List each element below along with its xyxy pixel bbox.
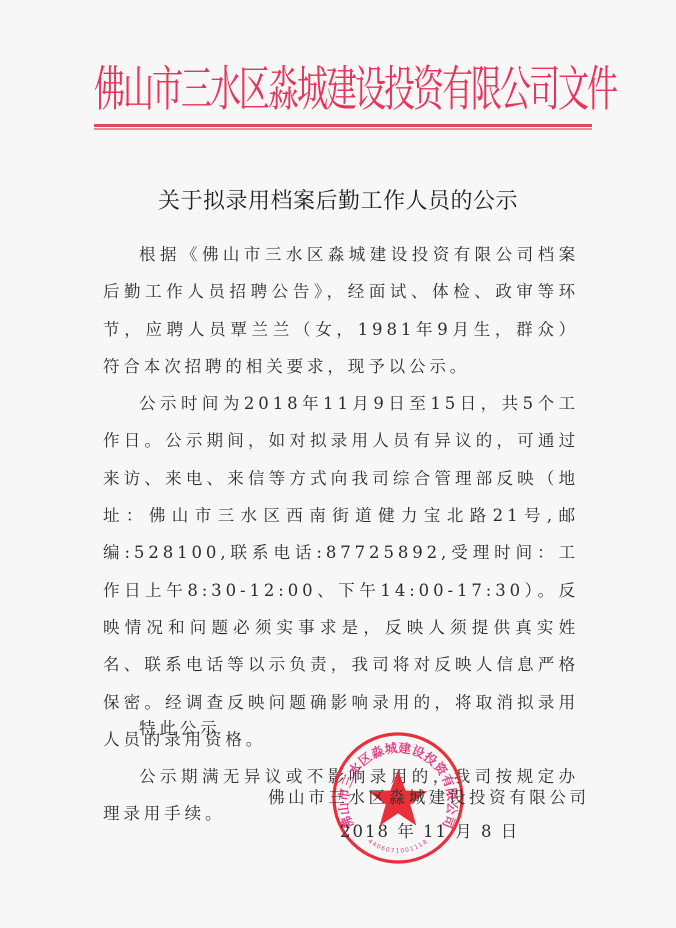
paragraph-2: 公示时间为2018年11月9日至15日，共5个工作日。公示期间，如对拟录用人员有… <box>103 385 579 758</box>
signatory-company: 佛山市三水区淼城建设投资有限公司 <box>268 784 590 808</box>
paragraph-1: 根据《佛山市三水区淼城建设投资有限公司档案后勤工作人员招聘公告》，经面试、体检、… <box>103 236 579 385</box>
letterhead-rule <box>94 124 592 130</box>
closing-remark: 特此公示 <box>139 715 221 739</box>
document-title: 关于拟录用档案后勤工作人员的公示 <box>0 184 676 215</box>
signature-date: 2018 年 11 月 8 日 <box>340 818 519 842</box>
rule-thin-line <box>94 128 592 130</box>
rule-thick-line <box>94 124 592 127</box>
